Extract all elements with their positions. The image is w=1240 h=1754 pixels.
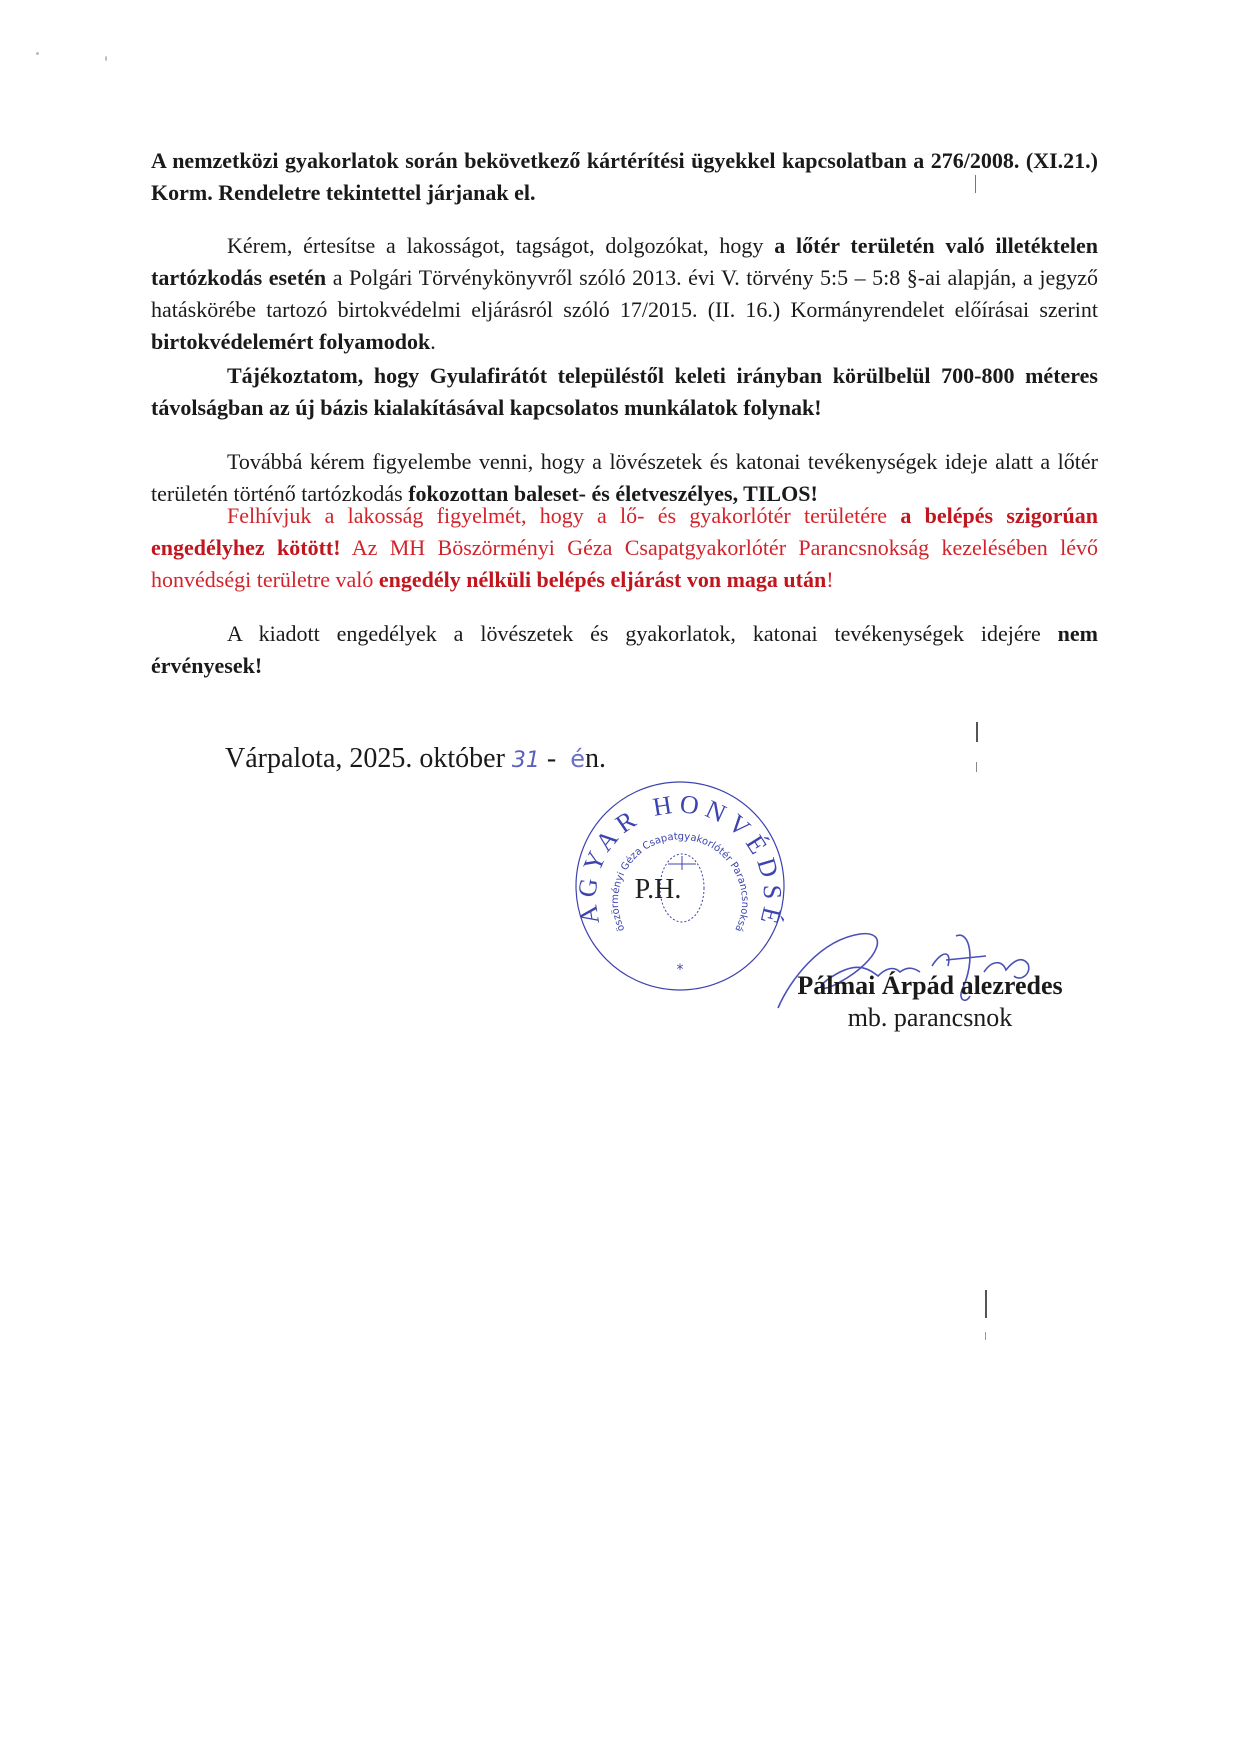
paragraph-compensation-claims: A nemzetközi gyakorlatok során bekövetke… (151, 145, 1098, 209)
text-run: A kiadott engedélyek a lövészetek és gya… (227, 621, 1058, 646)
bold-text-run: birtokvédelemért folyamodok (151, 329, 430, 354)
paragraph-trespass-notice: Kérem, értesítse a lakosságot, tagságot,… (151, 230, 1098, 358)
stamp-outer-text: MAGYAR HONVÉDSÉG (572, 778, 787, 932)
scan-speck (36, 52, 39, 55)
bold-text-run: engedély nélküli belépés eljárást von ma… (379, 567, 826, 592)
place-and-date: Várpalota, 2025. október 31 - én. (225, 742, 606, 778)
paragraph-permit-validity: A kiadott engedélyek a lövészetek és gya… (151, 618, 1098, 682)
handwritten-day: 31 (512, 748, 540, 773)
scan-margin-mark (976, 722, 978, 742)
bold-text-run: Tájékoztatom, hogy Gyulafirátót települé… (151, 363, 1098, 420)
text-run: Felhívjuk a lakosság figyelmét, hogy a l… (227, 503, 900, 528)
signer-title: mb. parancsnok (770, 1002, 1090, 1034)
paragraph-construction-notice: Tájékoztatom, hogy Gyulafirátót települé… (151, 360, 1098, 424)
scan-speck (105, 56, 107, 61)
paragraph-entry-permit-warning: Felhívjuk a lakosság figyelmét, hogy a l… (151, 500, 1098, 596)
official-stamp: MAGYAR HONVÉDSÉG Böszörményi Géza Csapat… (572, 778, 788, 994)
signer-name: Pálmai Árpád alezredes (770, 970, 1090, 1002)
place-date-printed: Várpalota, 2025. október (225, 743, 505, 774)
text-run: . (430, 329, 436, 354)
document-page: A nemzetközi gyakorlatok során bekövetke… (0, 0, 1240, 1754)
paragraph-text: Kérem, értesítse a lakosságot, tagságot,… (151, 230, 1098, 358)
signature-block: Pálmai Árpád alezredes mb. parancsnok (770, 970, 1090, 1034)
scan-margin-mark (985, 1332, 986, 1340)
paragraph-text: Felhívjuk a lakosság figyelmét, hogy a l… (151, 500, 1098, 596)
paragraph-text: A nemzetközi gyakorlatok során bekövetke… (151, 145, 1098, 209)
text-run: ! (826, 567, 833, 592)
scan-margin-mark (975, 175, 976, 193)
paragraph-text: Tájékoztatom, hogy Gyulafirátót települé… (151, 360, 1098, 424)
scan-margin-mark (976, 762, 977, 772)
printed-suffix: n. (585, 743, 606, 774)
stamp-center-label: P.H. (635, 874, 682, 905)
scan-margin-mark (985, 1290, 987, 1318)
date-dash: - (547, 743, 556, 774)
text-run: Kérem, értesítse a lakosságot, tagságot,… (227, 233, 774, 258)
stamp-star-icon: * (677, 962, 684, 978)
bold-text-run: A nemzetközi gyakorlatok során bekövetke… (151, 148, 1098, 205)
paragraph-text: A kiadott engedélyek a lövészetek és gya… (151, 618, 1098, 682)
handwritten-suffix: é (570, 745, 585, 773)
